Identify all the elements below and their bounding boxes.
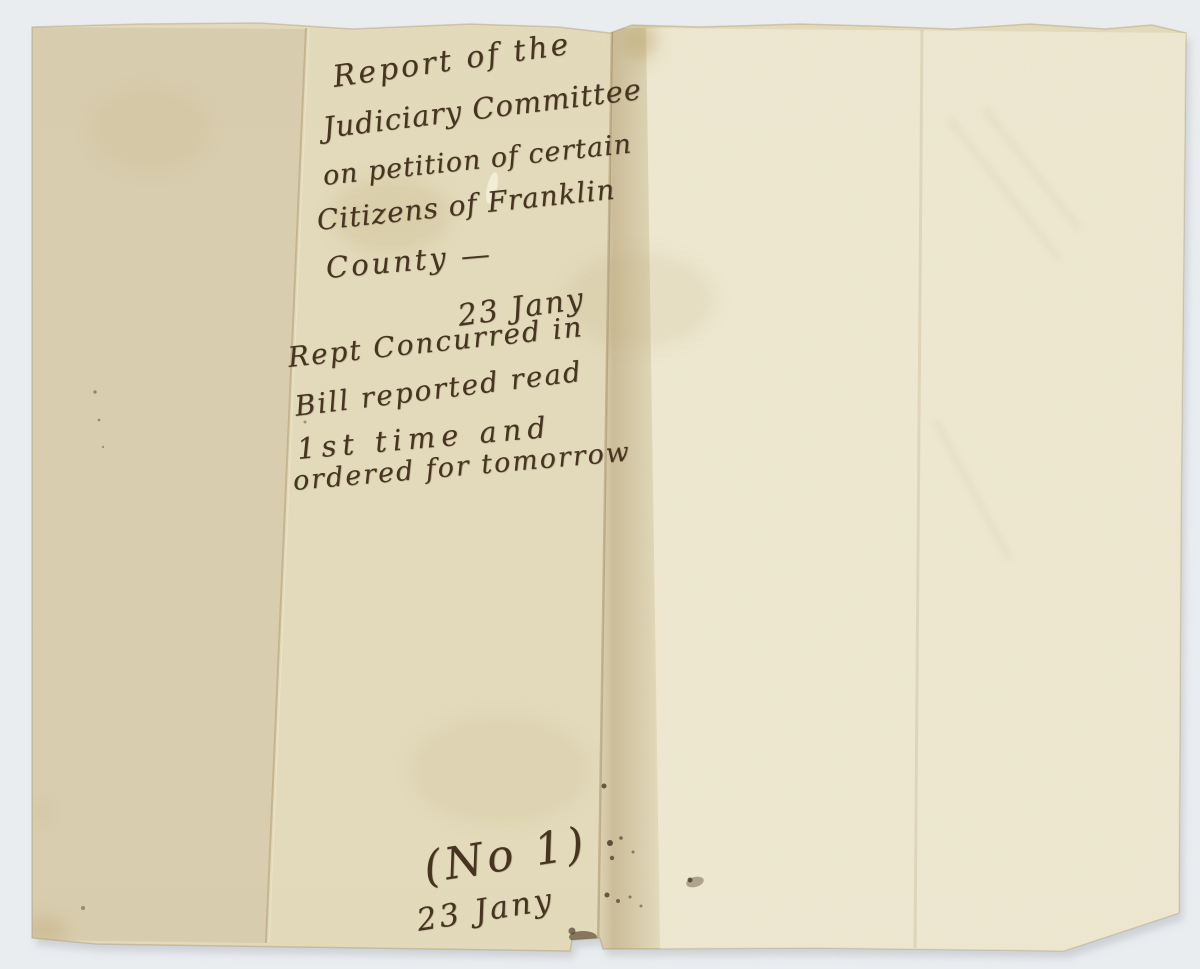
scanned-document-page: Report of the Judiciary Committee on pet… (0, 0, 1200, 969)
